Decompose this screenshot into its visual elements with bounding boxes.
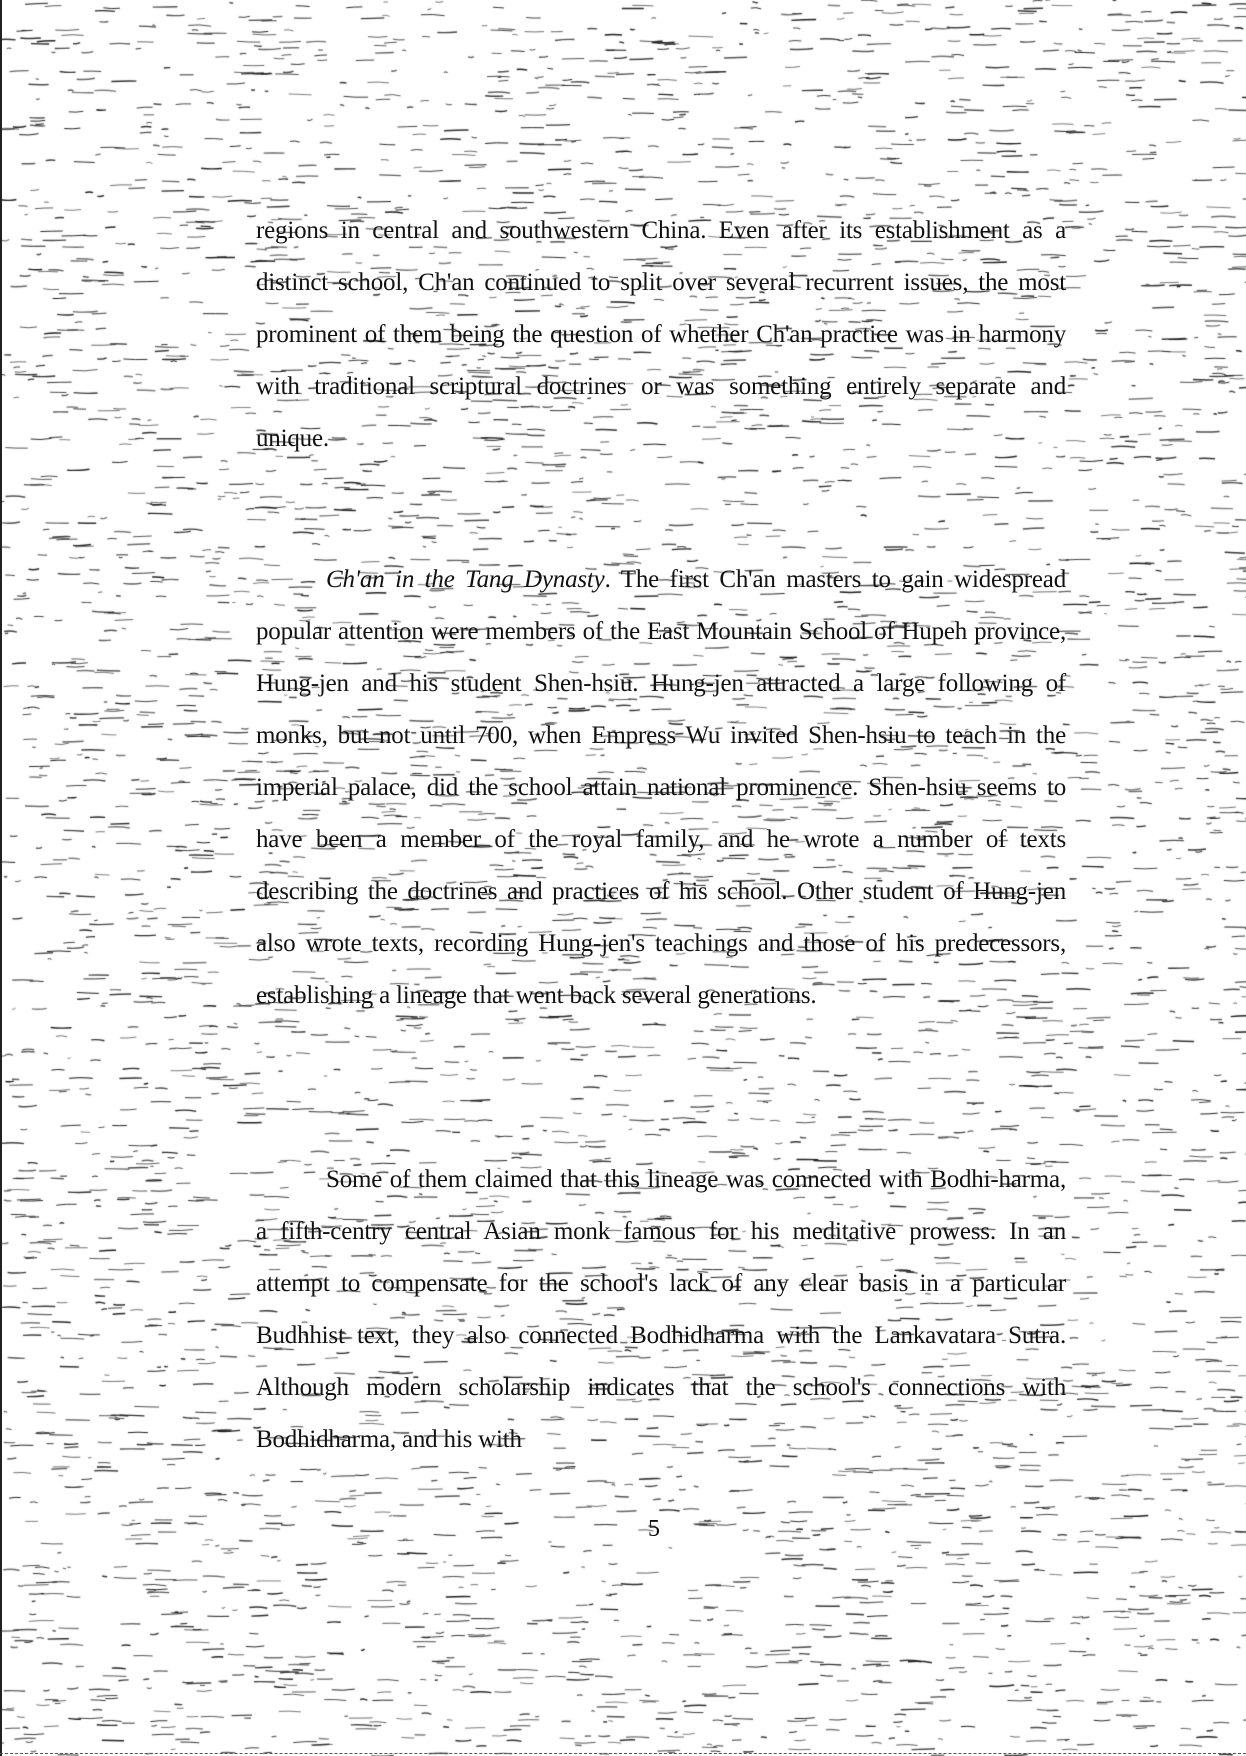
- section-run-in-heading: Ch'an in the Tang Dynasty: [326, 566, 605, 593]
- paragraph-tang-dynasty: Ch'an in the Tang Dynasty. The first Ch'…: [256, 554, 1066, 1022]
- paragraph-continued: regions in central and southwestern Chin…: [256, 205, 1066, 465]
- page-number: 5: [648, 1516, 660, 1543]
- text-block: Some of them claimed that this lineage w…: [256, 1154, 1066, 1466]
- text-block: regions in central and southwestern Chin…: [256, 205, 1066, 465]
- text-block: Ch'an in the Tang Dynasty. The first Ch'…: [256, 554, 1066, 1022]
- page-edge: [0, 0, 2, 1756]
- paragraph-body: The first Ch'an masters to gain widespre…: [256, 566, 1066, 1009]
- page-edge: [0, 1752, 1246, 1754]
- paragraph-lineage: Some of them claimed that this lineage w…: [256, 1154, 1066, 1466]
